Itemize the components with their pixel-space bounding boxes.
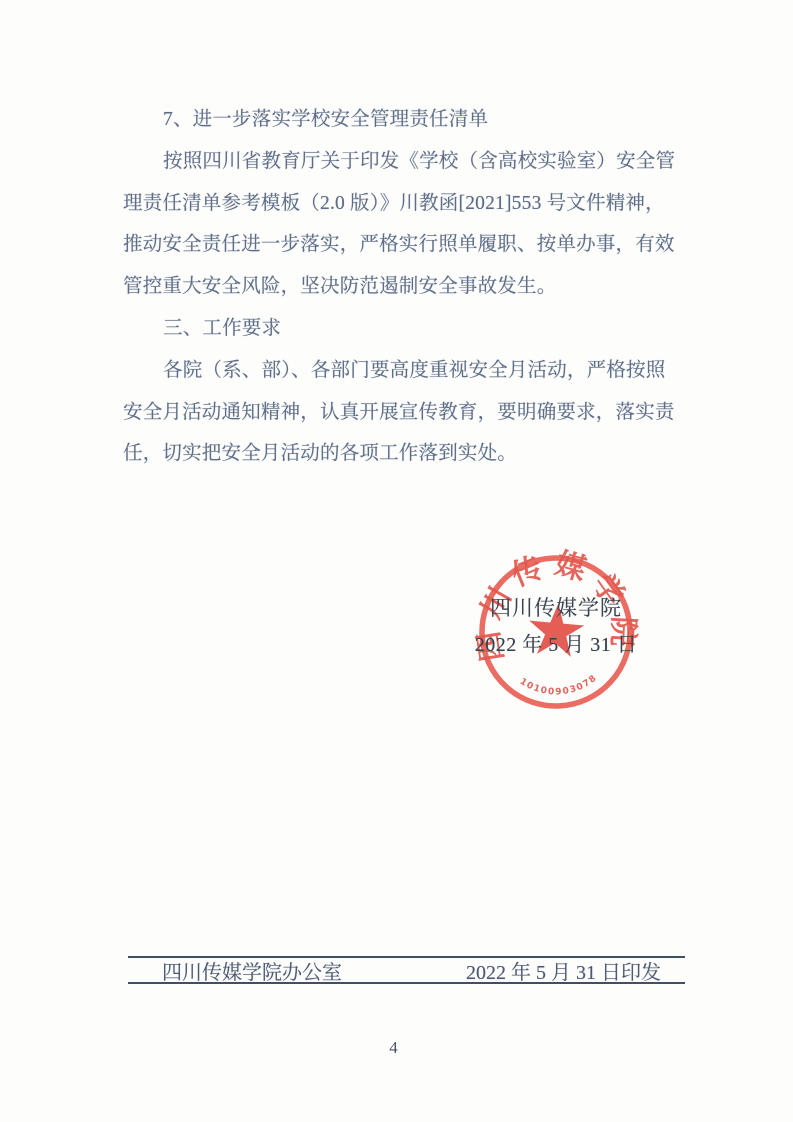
body-line: 按照四川省教育厅关于印发《学校（含高校实验室）安全管 xyxy=(123,141,683,183)
official-seal-icon: 四川传媒学院 5101009030785 xyxy=(471,547,641,717)
footer-issuer: 四川传媒学院办公室 xyxy=(162,956,342,985)
signature-date: 2022 年 5 月 31 日 xyxy=(449,633,663,657)
body-line: 管控重大安全风险，坚决防范遏制安全事故发生。 xyxy=(123,266,683,308)
section-heading: 7、进一步落实学校安全管理责任清单 xyxy=(123,99,683,141)
page-footer: 四川传媒学院办公室 2022 年 5 月 31 日印发 xyxy=(128,956,685,984)
document-body: 7、进一步落实学校安全管理责任清单 按照四川省教育厅关于印发《学校（含高校实验室… xyxy=(123,99,683,475)
section-heading: 三、工作要求 xyxy=(123,308,683,350)
page-number: 4 xyxy=(0,1038,787,1058)
body-line: 任，切实把安全月活动的各项工作落到实处。 xyxy=(123,433,683,475)
body-line: 各院（系、部）、各部门要高度重视安全月活动，严格按照 xyxy=(123,350,683,392)
body-line: 理责任清单参考模板（2.0 版）》川教函[2021]553 号文件精神， xyxy=(123,183,683,225)
document-page: 7、进一步落实学校安全管理责任清单 按照四川省教育厅关于印发《学校（含高校实验室… xyxy=(0,0,793,1122)
footer-print-date: 2022 年 5 月 31 日印发 xyxy=(466,956,661,985)
body-line: 安全月活动通知精神，认真开展宣传教育，要明确要求，落实责 xyxy=(123,392,683,434)
signature-block: 四川传媒学院 5101009030785 四川传媒学院 2022 年 5 月 3… xyxy=(449,540,663,730)
signature-org: 四川传媒学院 xyxy=(449,596,663,620)
body-line: 推动安全责任进一步落实，严格实行照单履职、按单办事，有效 xyxy=(123,224,683,266)
